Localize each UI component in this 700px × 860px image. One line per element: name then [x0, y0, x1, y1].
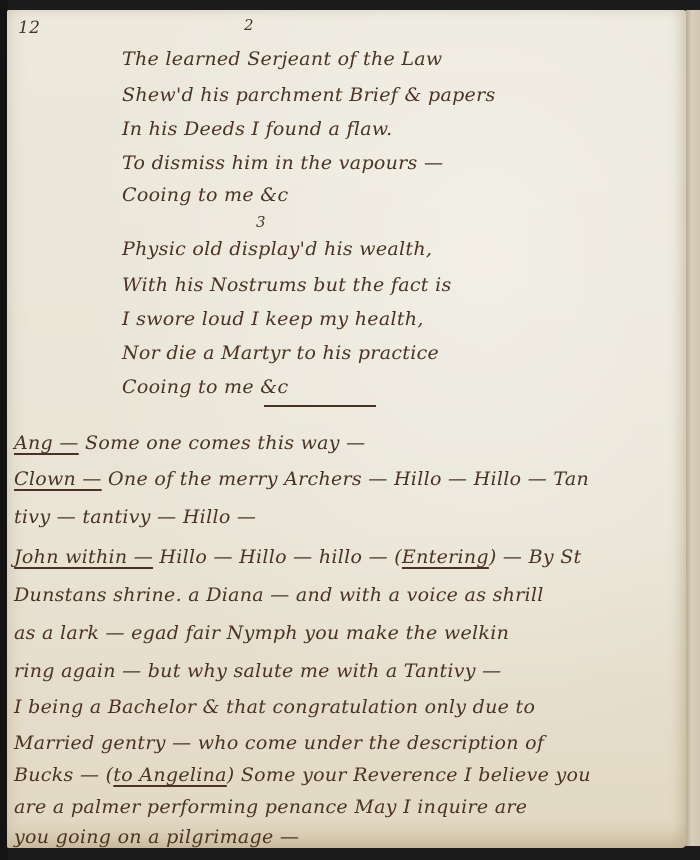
dialogue-text: Married gentry — who come under the desc…	[14, 732, 544, 754]
dialogue-line: you going on a pilgrimage —	[14, 826, 299, 848]
stage-direction: Entering	[402, 546, 489, 568]
dialogue-line: Ang — Some one comes this way —	[14, 432, 365, 454]
verse-line: I swore loud I keep my health,	[122, 308, 424, 330]
dialogue-text: I being a Bachelor & that congratulation…	[14, 696, 535, 718]
speaker-name: Ang —	[14, 432, 79, 454]
dialogue-text: Bucks — (	[14, 764, 113, 786]
dialogue-text: Dunstans shrine. a Diana — and with a vo…	[14, 584, 544, 606]
speaker-name: John within —	[14, 546, 153, 568]
verse-line: Nor die a Martyr to his practice	[122, 342, 439, 364]
verse-line: Cooing to me &c	[122, 376, 288, 398]
dialogue-line: Married gentry — who come under the desc…	[14, 732, 544, 754]
dialogue-line: are a palmer performing penance May I in…	[14, 796, 527, 818]
dialogue-line: tivy — tantivy — Hillo —	[14, 506, 256, 528]
dialogue-text: ) — By St	[489, 546, 582, 568]
dialogue-line: as a lark — egad fair Nymph you make the…	[14, 622, 509, 644]
speaker-name: Clown —	[14, 468, 102, 490]
dialogue-text: One of the merry Archers — Hillo — Hillo…	[102, 468, 589, 490]
dialogue-line: ring again — but why salute me with a Ta…	[14, 660, 501, 682]
verse-line: Physic old display'd his wealth,	[122, 238, 432, 260]
dialogue-line: I being a Bachelor & that congratulation…	[14, 696, 535, 718]
dialogue-text: Hillo — Hillo — hillo — (	[153, 546, 402, 568]
dialogue-text: you going on a pilgrimage —	[14, 826, 299, 848]
dialogue-line: John within — Hillo — Hillo — hillo — (E…	[14, 546, 581, 568]
verse-line: Cooing to me &c	[122, 184, 288, 206]
dialogue-text: Some one comes this way —	[79, 432, 366, 454]
dialogue-text: tivy — tantivy — Hillo —	[14, 506, 256, 528]
verse-line: To dismiss him in the vapours —	[122, 152, 443, 174]
verse-line: In his Deeds I found a flaw.	[122, 118, 393, 140]
dialogue-text: as a lark — egad fair Nymph you make the…	[14, 622, 509, 644]
section-divider	[264, 405, 376, 407]
dialogue-text: ) Some your Reverence I believe you	[227, 764, 591, 786]
stanza-number: 3	[256, 213, 266, 231]
dialogue-line: Dunstans shrine. a Diana — and with a vo…	[14, 584, 544, 606]
dialogue-text: ring again — but why salute me with a Ta…	[14, 660, 501, 682]
folio-number: 12	[18, 18, 40, 38]
stanza-number: 2	[244, 16, 254, 34]
stage-direction: to Angelina	[113, 764, 227, 786]
next-page-edge	[686, 10, 700, 846]
verse-line: With his Nostrums but the fact is	[122, 274, 452, 296]
dialogue-line: Bucks — (to Angelina) Some your Reverenc…	[14, 764, 591, 786]
verse-line: Shew'd his parchment Brief & papers	[122, 84, 496, 106]
dialogue-line: Clown — One of the merry Archers — Hillo…	[14, 468, 589, 490]
verse-line: The learned Serjeant of the Law	[122, 48, 443, 70]
dialogue-text: are a palmer performing penance May I in…	[14, 796, 527, 818]
